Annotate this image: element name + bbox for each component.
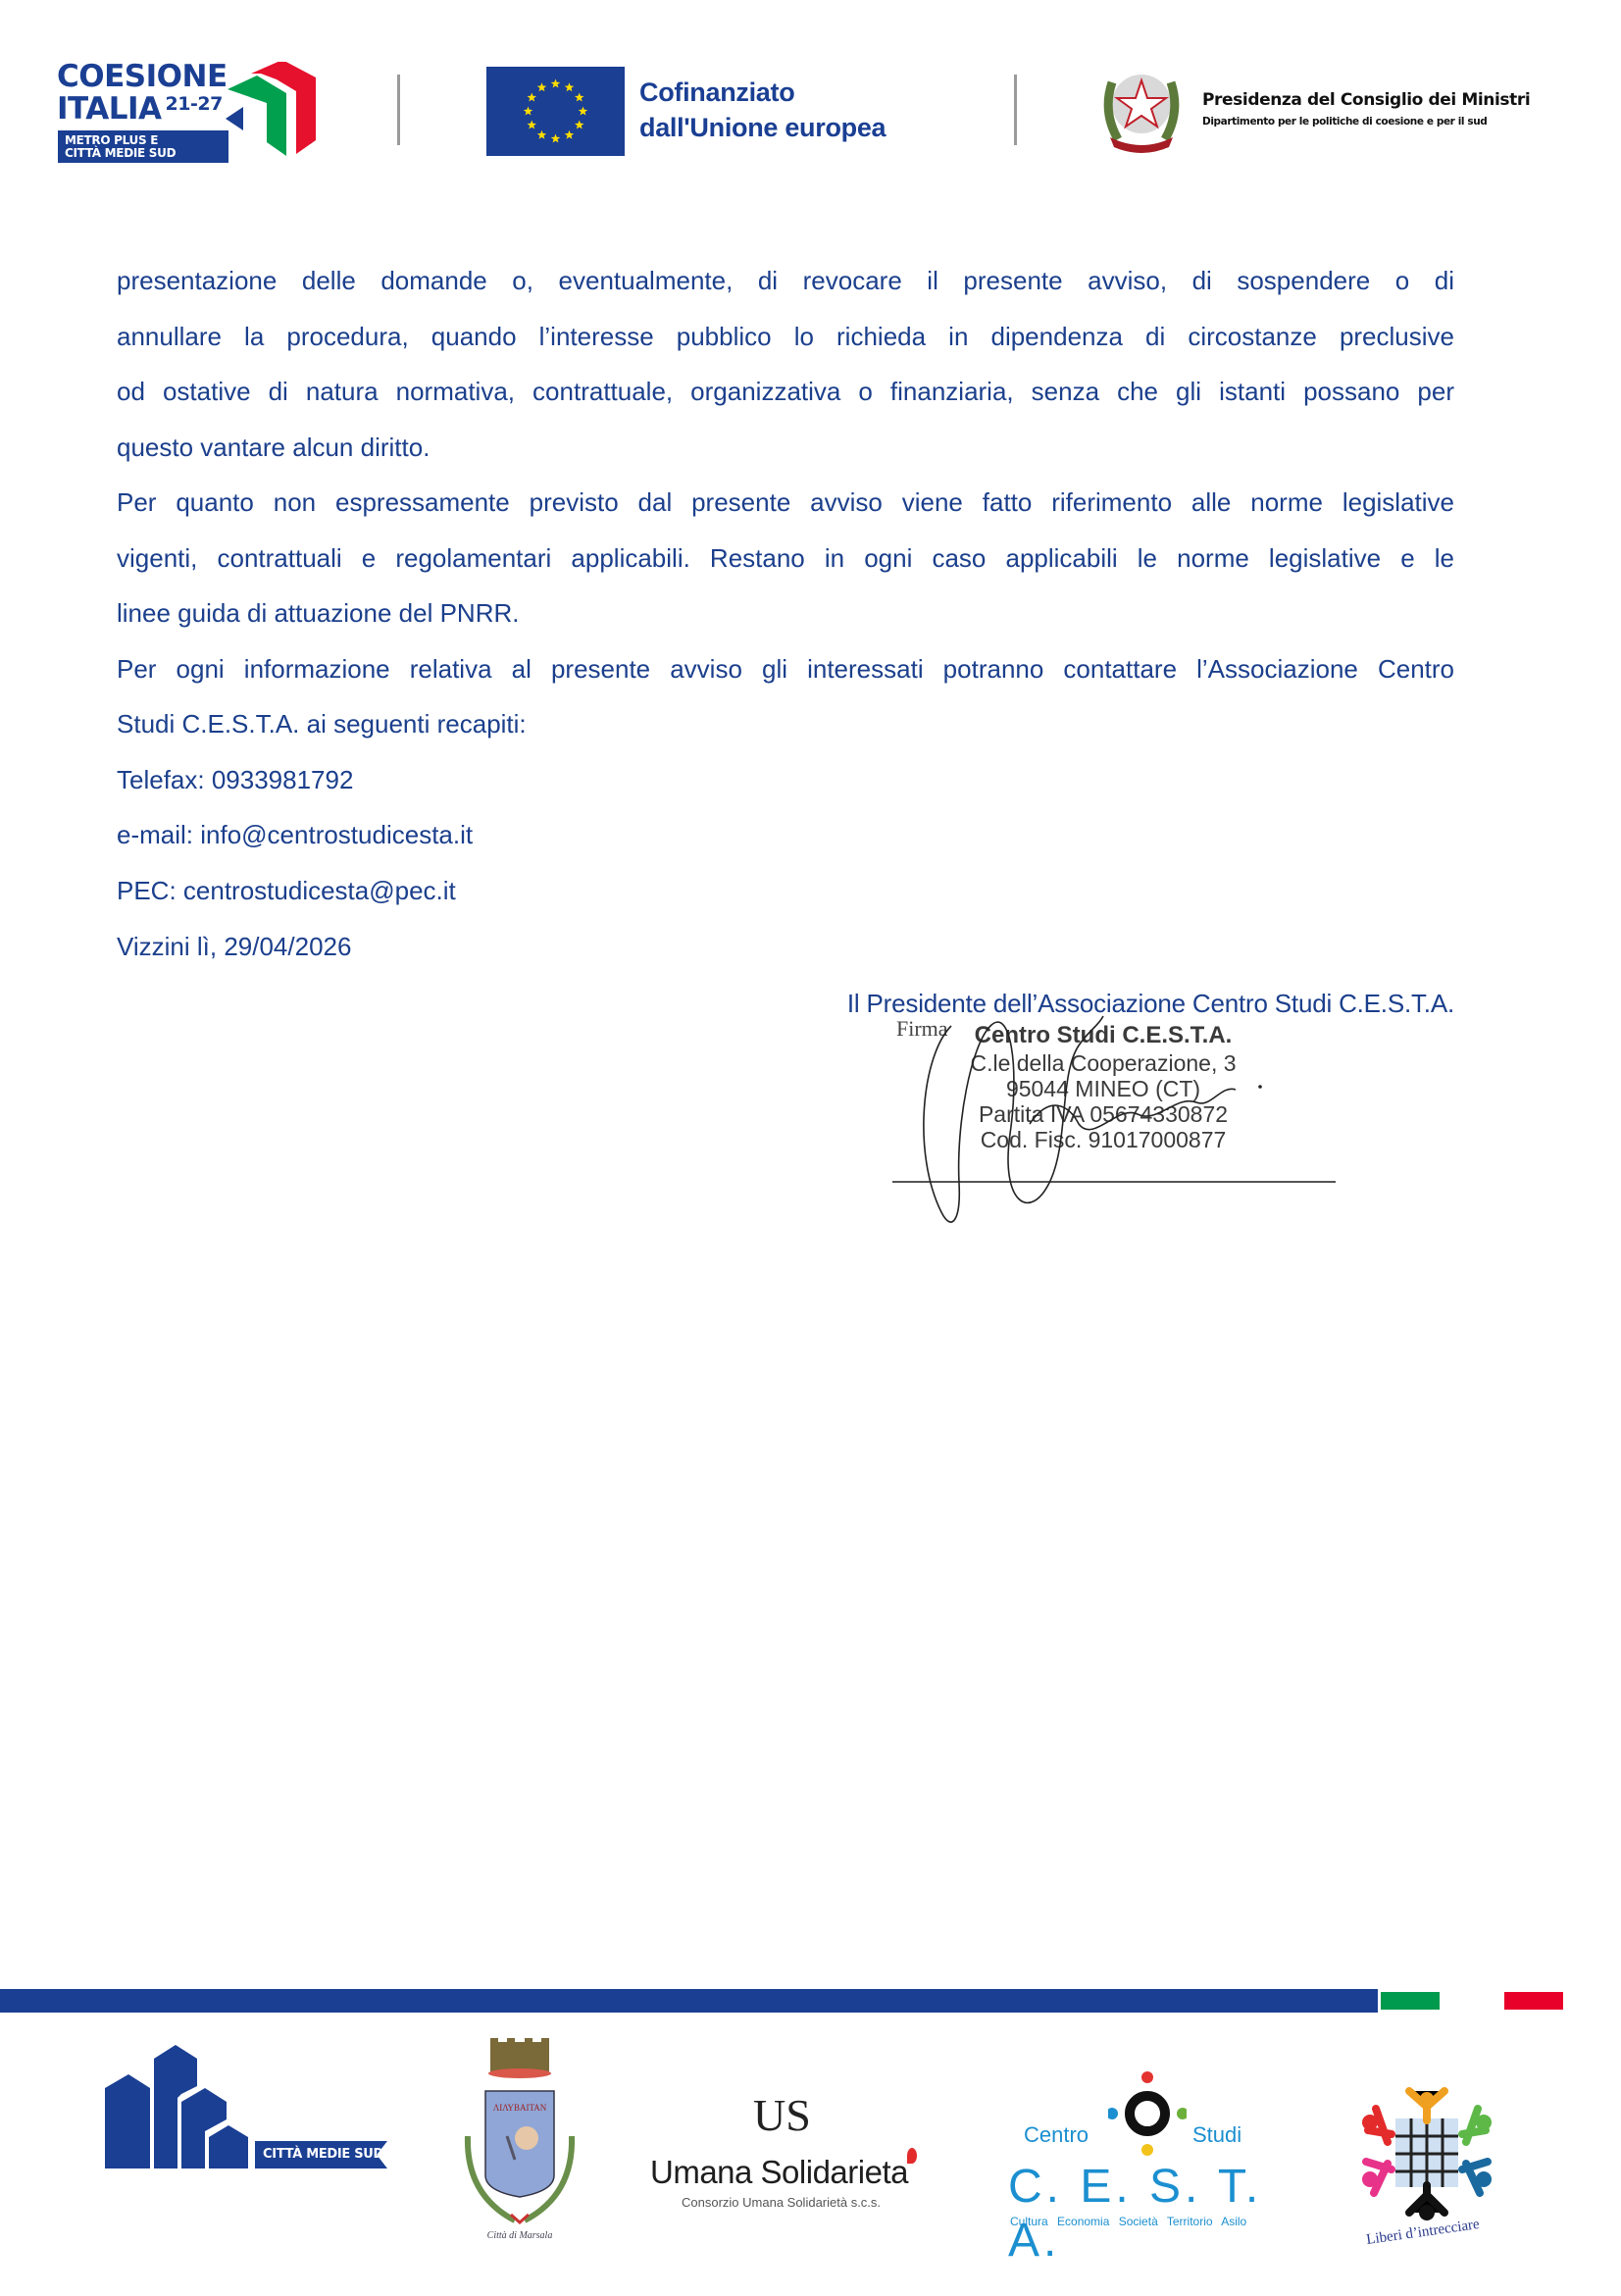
paragraph2-line: linee guida di attuazione del PNRR.	[117, 586, 1454, 641]
italian-flag-chevron-icon	[214, 62, 331, 160]
header-separator	[1014, 75, 1017, 145]
citta-medie-sud-logo: CITTÀ MEDIE SUD	[103, 2043, 397, 2170]
footer-stripe-red	[1504, 1992, 1563, 2010]
svg-text:ΛΙΛΥΒΑΙΤΑΝ: ΛΙΛΥΒΑΙΤΑΝ	[493, 2103, 547, 2113]
paragraph3-line: Studi C.E.S.T.A. ai seguenti recapiti:	[117, 696, 1454, 752]
presidenza-title: Presidenza del Consiglio dei Ministri	[1202, 90, 1530, 110]
cesta-acronym: C. E. S. T. A.	[1008, 2160, 1294, 2268]
umana-subtitle: Consorzio Umana Solidarietà s.c.s.	[682, 2195, 881, 2210]
band-line1: METRO PLUS E	[58, 130, 228, 147]
signature-stamp: Firma Centro Studi C.E.S.T.A. C.le della…	[883, 1016, 1343, 1193]
liberi-intrecciare-logo: Liberi d’intrecciare	[1348, 2079, 1505, 2256]
buildings-icon	[103, 2043, 260, 2170]
umana-name: Umana Solidarieta	[650, 2154, 908, 2191]
contact-pec[interactable]: PEC: centrostudicesta@pec.it	[117, 863, 1454, 919]
cesta-tagline: Cultura Economia Società Territorio Asil…	[1010, 2215, 1246, 2228]
paragraph1-line: presentazione delle domande o, eventualm…	[117, 253, 1454, 309]
eu-line1: Cofinanziato	[639, 75, 886, 110]
italian-republic-emblem-icon	[1100, 63, 1183, 157]
marsala-caption: Città di Marsala	[446, 2230, 593, 2241]
paragraph3-line: Per ogni informazione relativa al presen…	[117, 641, 1454, 697]
city-crest-icon: ΛΙΛΥΒΑΙΤΑΝ	[446, 2038, 593, 2234]
band-line2: CITTÀ MEDIE SUD	[58, 147, 228, 160]
cesta-studi: Studi	[1192, 2122, 1241, 2148]
paragraph2-line: vigenti, contrattuali e regolamentari ap…	[117, 531, 1454, 587]
coesione-italia-logo: COESIONE ITALIA21-27 METRO PLUS E CITTÀ …	[57, 62, 312, 160]
coesione-line1: COESIONE	[57, 62, 228, 91]
eu-flag-icon	[486, 67, 625, 156]
footer-stripe-blue	[0, 1989, 1378, 2013]
coesione-line2: ITALIA21-27	[57, 89, 223, 124]
coesione-italia-text: ITALIA	[57, 91, 162, 127]
us-monogram-icon: US	[753, 2089, 811, 2141]
contact-email[interactable]: e-mail: info@centrostudicesta.it	[117, 807, 1454, 863]
footer-stripe-green	[1381, 1992, 1440, 2010]
handwritten-signature-icon	[883, 987, 1343, 1242]
people-circle-icon	[1108, 2069, 1187, 2158]
coesione-band: METRO PLUS E CITTÀ MEDIE SUD	[58, 130, 228, 163]
document-body: presentazione delle domande o, eventualm…	[117, 253, 1454, 918]
umana-solidarieta-logo: US Umana Solidarieta Consorzio Umana Sol…	[642, 2089, 937, 2226]
paragraph1-line: questo vantare alcun diritto.	[117, 420, 1454, 476]
paragraph1-line: od ostative di natura normativa, contrat…	[117, 364, 1454, 420]
presidenza-subtitle: Dipartimento per le politiche di coesion…	[1202, 116, 1487, 128]
eu-cofinanced-text: Cofinanziato dall'Unione europea	[639, 75, 886, 145]
cesta-centro: Centro	[1024, 2122, 1089, 2148]
paragraph1-line: annullare la procedura, quando l’interes…	[117, 309, 1454, 365]
marsala-crest-logo: ΛΙΛΥΒΑΙΤΑΝ Città di Marsala	[446, 2038, 593, 2264]
place-date: Vizzini lì, 29/04/2026	[117, 932, 351, 962]
eu-line2: dall'Unione europea	[639, 110, 886, 145]
header-separator	[397, 75, 400, 145]
contact-telefax: Telefax: 0933981792	[117, 752, 1454, 808]
cesta-logo: Centro Studi C. E. S. T. A. Cultura Econ…	[1000, 2069, 1294, 2226]
paragraph2-line: Per quanto non espressamente previsto da…	[117, 475, 1454, 531]
red-accent-icon	[907, 2148, 917, 2164]
citta-medie-sud-label: CITTÀ MEDIE SUD	[255, 2141, 387, 2168]
